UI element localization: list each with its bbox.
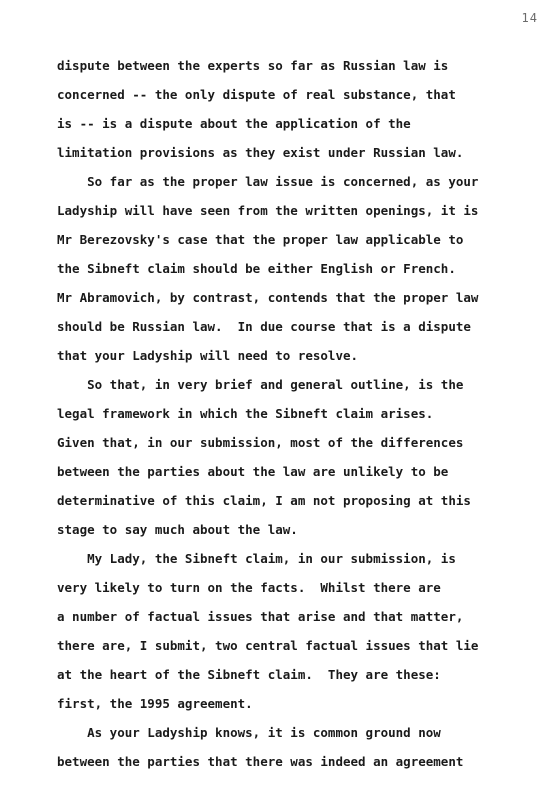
- transcript-line: there are, I submit, two central factual…: [57, 631, 548, 660]
- transcript-line: very likely to turn on the facts. Whilst…: [57, 573, 548, 602]
- transcript-line: Given that, in our submission, most of t…: [57, 428, 548, 457]
- transcript-line: is -- is a dispute about the application…: [57, 109, 548, 138]
- transcript-line: concerned -- the only dispute of real su…: [57, 80, 548, 109]
- transcript-line: stage to say much about the law.: [57, 515, 548, 544]
- transcript-text-block: dispute between the experts so far as Ru…: [57, 51, 548, 776]
- transcript-line: that your Ladyship will need to resolve.: [57, 341, 548, 370]
- transcript-line: should be Russian law. In due course tha…: [57, 312, 548, 341]
- transcript-page: 14 dispute between the experts so far as…: [0, 0, 558, 789]
- transcript-line: So that, in very brief and general outli…: [57, 370, 548, 399]
- transcript-line: legal framework in which the Sibneft cla…: [57, 399, 548, 428]
- transcript-line: at the heart of the Sibneft claim. They …: [57, 660, 548, 689]
- transcript-line: As your Ladyship knows, it is common gro…: [57, 718, 548, 747]
- transcript-line: dispute between the experts so far as Ru…: [57, 51, 548, 80]
- transcript-line: first, the 1995 agreement.: [57, 689, 548, 718]
- transcript-line: determinative of this claim, I am not pr…: [57, 486, 548, 515]
- transcript-line: Ladyship will have seen from the written…: [57, 196, 548, 225]
- transcript-line: a number of factual issues that arise an…: [57, 602, 548, 631]
- page-number: 14: [522, 11, 538, 25]
- transcript-line: between the parties about the law are un…: [57, 457, 548, 486]
- transcript-line: Mr Berezovsky's case that the proper law…: [57, 225, 548, 254]
- transcript-line: between the parties that there was indee…: [57, 747, 548, 776]
- transcript-line: the Sibneft claim should be either Engli…: [57, 254, 548, 283]
- transcript-line: My Lady, the Sibneft claim, in our submi…: [57, 544, 548, 573]
- transcript-line: limitation provisions as they exist unde…: [57, 138, 548, 167]
- transcript-line: Mr Abramovich, by contrast, contends tha…: [57, 283, 548, 312]
- transcript-line: So far as the proper law issue is concer…: [57, 167, 548, 196]
